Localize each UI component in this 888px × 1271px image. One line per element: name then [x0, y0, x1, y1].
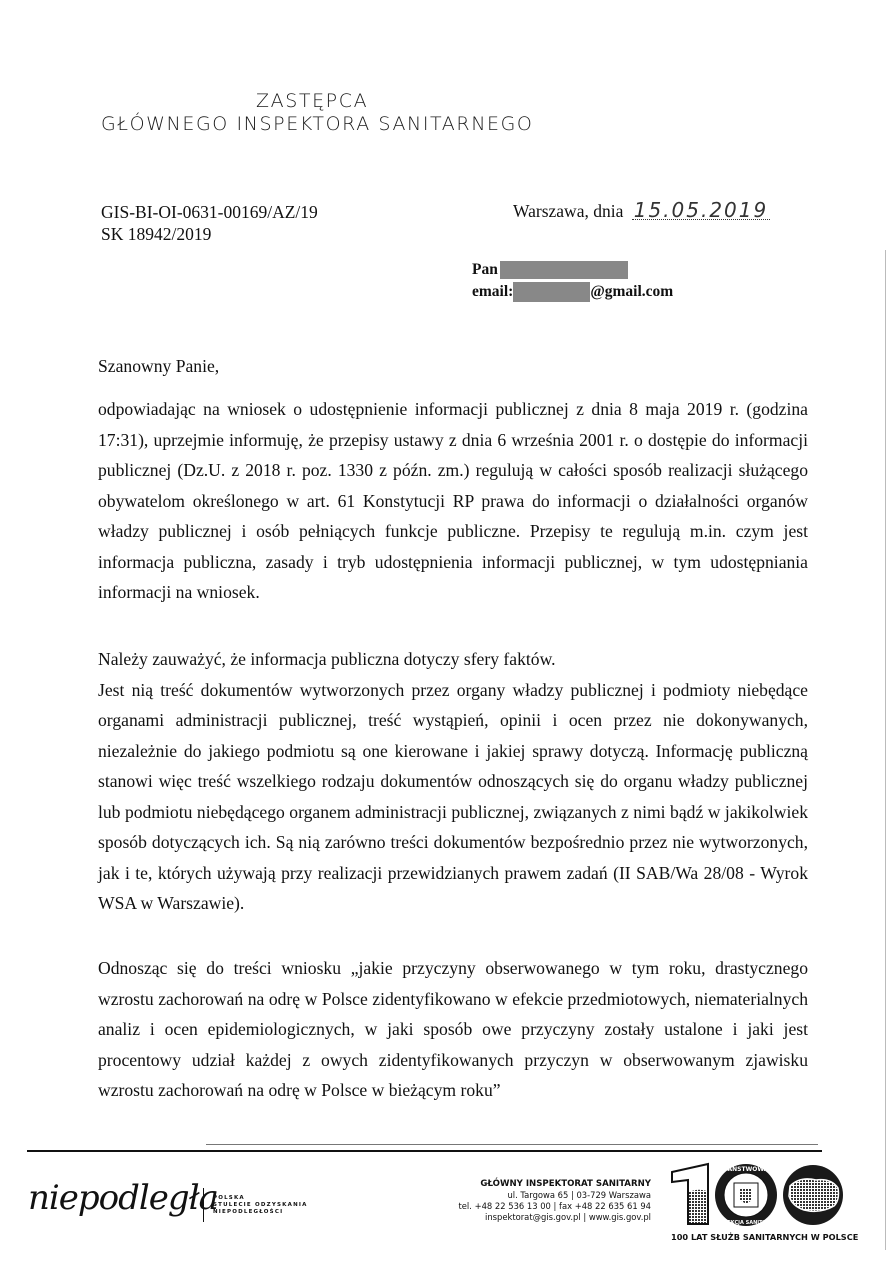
recipient-name: Pan	[472, 258, 628, 282]
paragraph-1-text: odpowiadając na wniosek o udostępnienie …	[98, 394, 808, 608]
sk-number: SK 18942/2019	[101, 224, 211, 244]
institution-contact: GŁÓWNY INSPEKTORAT SANITARNY ul. Targowa…	[440, 1179, 651, 1223]
anniversary-caption: 100 LAT SŁUŻB SANITARNYCH W POLSCE	[671, 1232, 858, 1242]
niepodlegla-line-3: NIEPODLEGŁOŚCI	[213, 1209, 308, 1216]
100-years-logo-icon: PAŃSTWOWA INSPEKCJA SANITARNA	[668, 1162, 848, 1228]
institution-name: GŁÓWNY INSPEKTORAT SANITARNY	[440, 1179, 651, 1190]
scan-edge-line	[885, 250, 886, 1250]
recipient-email-domain: @gmail.com	[590, 283, 673, 300]
paragraph-2: Należy zauważyć, że informacja publiczna…	[98, 644, 808, 919]
recipient-email: email:@gmail.com	[472, 280, 673, 304]
footer-divider-thin	[206, 1144, 818, 1145]
paragraph-3-text: Odnosząc się do treści wniosku „jakie pr…	[98, 953, 808, 1106]
recipient-name-label: Pan	[472, 261, 498, 278]
niepodlegla-logo: niepodległa	[28, 1178, 218, 1218]
redaction-email	[513, 282, 590, 302]
paragraph-3: Odnosząc się do treści wniosku „jakie pr…	[98, 953, 808, 1106]
redaction-name	[500, 261, 628, 279]
logo-divider	[203, 1188, 204, 1222]
header-title-line1: ZASTĘPCA	[256, 90, 888, 112]
niepodlegla-line-1: POLSKA	[213, 1195, 308, 1202]
seal-text-top: PAŃSTWOWA	[724, 1165, 769, 1173]
salutation: Szanowny Panie,	[98, 356, 219, 377]
place-date: Warszawa, dnia 15.05.2019	[513, 201, 770, 222]
handwritten-date: 15.05.2019	[632, 201, 771, 220]
niepodlegla-caption: POLSKA STULECIE ODZYSKANIA NIEPODLEGŁOŚC…	[213, 1195, 308, 1216]
header-title-line2: GŁÓWNEGO INSPEKTORA SANITARNEGO	[101, 113, 888, 135]
footer-divider	[27, 1150, 822, 1152]
seal-text-bottom: INSPEKCJA SANITARNA	[714, 1220, 778, 1226]
institution-address: ul. Targowa 65 | 03-729 Warszawa	[440, 1190, 651, 1201]
paragraph-2-intro: Należy zauważyć, że informacja publiczna…	[98, 644, 808, 675]
paragraph-2-text: Jest nią treść dokumentów wytworzonych p…	[98, 675, 808, 919]
place-label: Warszawa, dnia	[513, 201, 623, 221]
recipient-email-label: email:	[472, 283, 513, 300]
paragraph-1: odpowiadając na wniosek o udostępnienie …	[98, 394, 808, 608]
niepodlegla-line-2: STULECIE ODZYSKANIA	[213, 1202, 308, 1209]
institution-phones: tel. +48 22 536 13 00 | fax +48 22 635 6…	[440, 1201, 651, 1212]
institution-contact-links: inspektorat@gis.gov.pl | www.gis.gov.pl	[440, 1212, 651, 1223]
case-number: GIS-BI-OI-0631-00169/AZ/19	[101, 202, 318, 222]
